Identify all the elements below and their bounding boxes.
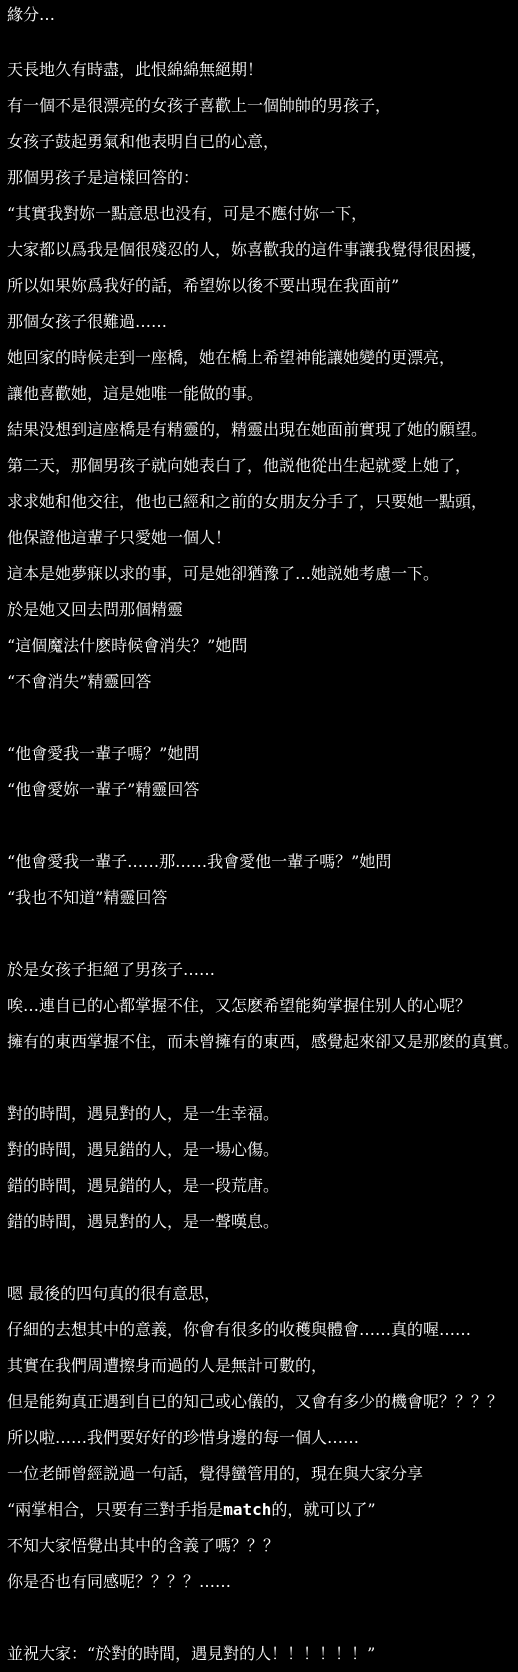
story-line: 錯的時間，遇見對的人，是一聲嘆息。: [7, 1204, 518, 1240]
match-keyword: match: [223, 1500, 271, 1519]
story-line: 讓他喜歡她，這是她唯一能做的事。: [7, 376, 518, 412]
story-line: “他會愛我一輩子……那……我會愛他一輩子嗎？”她問: [7, 844, 518, 880]
story-line: 有一個不是很漂亮的女孩子喜歡上一個帥帥的男孩子，: [7, 88, 518, 124]
story-text-page: { "page": { "background_color": "#000000…: [0, 0, 518, 1672]
story-line: 他保證他這輩子只愛她一個人！: [7, 520, 518, 556]
story-title: 緣分…: [7, 0, 518, 33]
story-line: 仔細的去想其中的意義，你會有很多的收穫與體會……真的喔……: [7, 1312, 518, 1348]
story-line: 一位老師曾經説過一句話，覺得蠻管用的，現在與大家分享: [7, 1456, 518, 1492]
blank-line: [7, 1600, 518, 1636]
story-line: 對的時間，遇見對的人，是一生幸福。: [7, 1096, 518, 1132]
story-line: 這本是她夢寐以求的事，可是她卻猶豫了…她説她考慮一下。: [7, 556, 518, 592]
story-line: “我也不知道”精靈回答: [7, 880, 518, 916]
story-line: 那個男孩子是這樣回答的：: [7, 160, 518, 196]
story-line: 於是女孩子拒絕了男孩子……: [7, 952, 518, 988]
story-line: 其實在我們周遭擦身而過的人是無計可數的，: [7, 1348, 518, 1384]
story-line: 第二天，那個男孩子就向她表白了，他説他從出生起就愛上她了，: [7, 448, 518, 484]
story-line: 她回家的時候走到一座橋，她在橋上希望神能讓她變的更漂亮，: [7, 340, 518, 376]
story-line: 錯的時間，遇見錯的人，是一段荒唐。: [7, 1168, 518, 1204]
story-line: 你是否也有同感呢？？？？……: [7, 1564, 518, 1600]
story-line: “這個魔法什麽時候會消失？”她問: [7, 628, 518, 664]
story-line: 於是她又回去問那個精靈: [7, 592, 518, 628]
story-line: 擁有的東西掌握不住，而未曾擁有的東西，感覺起來卻又是那麽的真實。: [7, 1024, 518, 1060]
story-line: 對的時間，遇見錯的人，是一場心傷。: [7, 1132, 518, 1168]
story-line: 求求她和他交往，他也已經和之前的女朋友分手了，只要她一點頭，: [7, 484, 518, 520]
story-line: “他會愛我一輩子嗎？”她問: [7, 736, 518, 772]
story-line: 不知大家悟覺出其中的含義了嗎？？？: [7, 1528, 518, 1564]
story-line: 所以啦……我們要好好的珍惜身邊的每一個人……: [7, 1420, 518, 1456]
match-line-suffix: 的，就可以了”: [271, 1500, 375, 1519]
story-line: 所以如果妳爲我好的話，希望妳以後不要出現在我面前”: [7, 268, 518, 304]
story-line: 嗯 最後的四句真的很有意思，: [7, 1276, 518, 1312]
story-line: 天長地久有時盡，此恨綿綿無絕期！: [7, 52, 518, 88]
blank-line: [7, 808, 518, 844]
blank-line: [7, 700, 518, 736]
story-line: 那個女孩子很難過……: [7, 304, 518, 340]
story-line: 結果没想到這座橋是有精靈的，精靈出現在她面前實現了她的願望。: [7, 412, 518, 448]
story-line: 大家都以爲我是個很殘忍的人，妳喜歡我的這件事讓我覺得很困擾，: [7, 232, 518, 268]
story-line-match: “兩掌相合，只要有三對手指是match的，就可以了”: [7, 1492, 518, 1528]
story-line: “其實我對妳一點意思也没有，可是不應付妳一下，: [7, 196, 518, 232]
story-line: 並祝大家：“於對的時間，遇見對的人！！！！！！”: [7, 1636, 518, 1672]
story-line: 女孩子鼓起勇氣和他表明自已的心意，: [7, 124, 518, 160]
match-line-prefix: “兩掌相合，只要有三對手指是: [7, 1500, 223, 1519]
blank-line: [7, 916, 518, 952]
blank-line: [7, 1240, 518, 1276]
blank-line: [7, 1060, 518, 1096]
story-line: “不會消失”精靈回答: [7, 664, 518, 700]
blank-line: [7, 33, 518, 52]
story-text: 緣分… 天長地久有時盡，此恨綿綿無絕期！ 有一個不是很漂亮的女孩子喜歡上一個帥帥…: [0, 0, 518, 1672]
story-line: 唉…連自已的心都掌握不住，又怎麽希望能夠掌握住别人的心呢？: [7, 988, 518, 1024]
story-line: 但是能夠真正遇到自已的知己或心儀的，又會有多少的機會呢？？？？: [7, 1384, 518, 1420]
story-line: “他會愛妳一輩子”精靈回答: [7, 772, 518, 808]
